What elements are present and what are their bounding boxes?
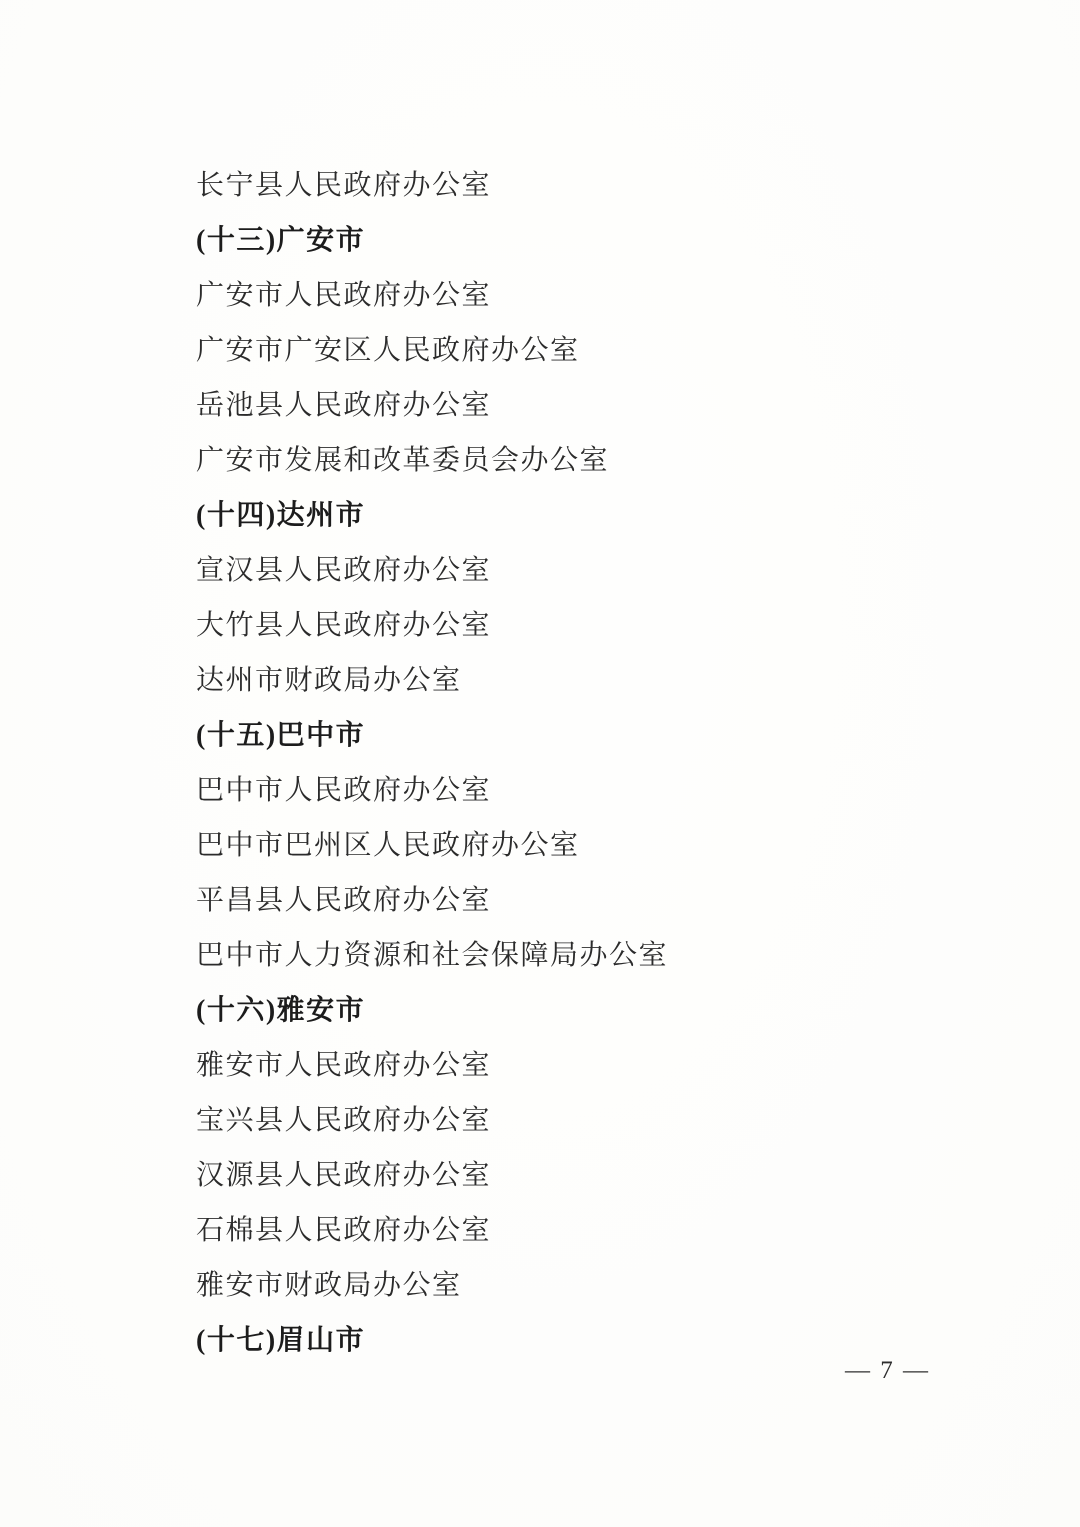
office-list-item: 岳池县人民政府办公室 bbox=[196, 378, 1000, 433]
document-page: 长宁县人民政府办公室(十三)广安市广安市人民政府办公室广安市广安区人民政府办公室… bbox=[0, 0, 1080, 1527]
office-list-item: 巴中市巴州区人民政府办公室 bbox=[196, 818, 1000, 873]
office-list-item: 大竹县人民政府办公室 bbox=[196, 598, 1000, 653]
office-list-item: 雅安市财政局办公室 bbox=[196, 1258, 1000, 1313]
office-list: 长宁县人民政府办公室(十三)广安市广安市人民政府办公室广安市广安区人民政府办公室… bbox=[196, 158, 1000, 1368]
office-list-item: 宝兴县人民政府办公室 bbox=[196, 1093, 1000, 1148]
page-number: — 7 — bbox=[845, 1357, 930, 1385]
office-list-item: 雅安市人民政府办公室 bbox=[196, 1038, 1000, 1093]
section-heading: (十三)广安市 bbox=[196, 213, 1000, 268]
office-list-item: 广安市广安区人民政府办公室 bbox=[196, 323, 1000, 378]
office-list-item: 广安市人民政府办公室 bbox=[196, 268, 1000, 323]
office-list-item: 长宁县人民政府办公室 bbox=[196, 158, 1000, 213]
section-heading: (十六)雅安市 bbox=[196, 983, 1000, 1038]
office-list-item: 平昌县人民政府办公室 bbox=[196, 873, 1000, 928]
office-list-item: 巴中市人民政府办公室 bbox=[196, 763, 1000, 818]
office-list-item: 达州市财政局办公室 bbox=[196, 653, 1000, 708]
office-list-item: 巴中市人力资源和社会保障局办公室 bbox=[196, 928, 1000, 983]
section-heading: (十四)达州市 bbox=[196, 488, 1000, 543]
office-list-item: 宣汉县人民政府办公室 bbox=[196, 543, 1000, 598]
office-list-item: 广安市发展和改革委员会办公室 bbox=[196, 433, 1000, 488]
section-heading: (十五)巴中市 bbox=[196, 708, 1000, 763]
office-list-item: 石棉县人民政府办公室 bbox=[196, 1203, 1000, 1258]
office-list-item: 汉源县人民政府办公室 bbox=[196, 1148, 1000, 1203]
